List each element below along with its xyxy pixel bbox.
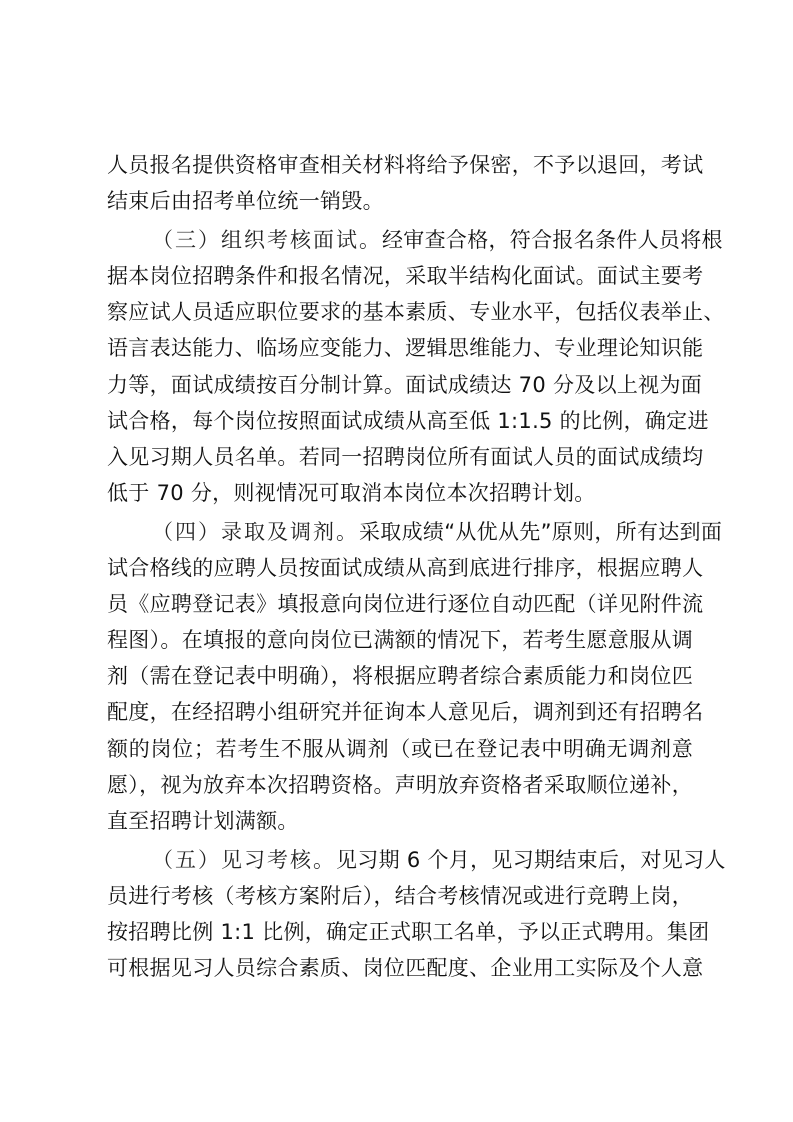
text-line: 程图）。在填报的意向岗位已满额的情况下，若考生愿意服从调 bbox=[107, 622, 693, 658]
section-heading: （四）录取及调剂。 bbox=[152, 520, 359, 544]
text-line: 按招聘比例 1:1 比例，确定正式职工名单，予以正式聘用。集团 bbox=[107, 914, 693, 950]
section-heading-line: （三）组织考核面试。经审查合格，符合报名条件人员将根 bbox=[107, 222, 693, 258]
text-line: 员进行考核（考核方案附后），结合考核情况或进行竞聘上岗， bbox=[107, 878, 693, 914]
text-line: 据本岗位招聘条件和报名情况，采取半结构化面试。面试主要考 bbox=[107, 258, 693, 294]
section-heading: （五）见习考核。 bbox=[152, 848, 336, 872]
text-line: 试合格线的应聘人员按面试成绩从高到底进行排序，根据应聘人 bbox=[107, 550, 693, 586]
text-line: 配度，在经招聘小组研究并征询本人意见后，调剂到还有招聘名 bbox=[107, 694, 693, 730]
text-line: 低于 70 分，则视情况可取消本岗位本次招聘计划。 bbox=[107, 475, 693, 511]
text-line: 愿），视为放弃本次招聘资格。声明放弃资格者采取顺位递补， bbox=[107, 767, 693, 803]
text-line: 语言表达能力、临场应变能力、逻辑思维能力、专业理论知识能 bbox=[107, 330, 693, 366]
text-span: 采取成绩“从优从先”原则，所有达到面 bbox=[359, 520, 722, 544]
text-line: 试合格，每个岗位按照面试成绩从高至低 1:1.5 的比例，确定进 bbox=[107, 403, 693, 439]
text-line: 力等，面试成绩按百分制计算。面试成绩达 70 分及以上视为面 bbox=[107, 367, 693, 403]
section-heading-line: （五）见习考核。见习期 6 个月，见习期结束后，对见习人 bbox=[107, 842, 693, 878]
text-line: 员《应聘登记表》填报意向岗位进行逐位自动匹配（详见附件流 bbox=[107, 586, 693, 622]
text-line: 剂（需在登记表中明确），将根据应聘者综合素质能力和岗位匹 bbox=[107, 658, 693, 694]
section-heading: （三）组织考核面试。 bbox=[152, 228, 382, 252]
text-line: 察应试人员适应职位要求的基本素质、专业水平，包括仪表举止、 bbox=[107, 294, 693, 330]
text-line: 可根据见习人员综合素质、岗位匹配度、企业用工实际及个人意 bbox=[107, 950, 693, 986]
text-line: 额的岗位；若考生不服从调剂（或已在登记表中明确无调剂意 bbox=[107, 731, 693, 767]
section-heading-line: （四）录取及调剂。采取成绩“从优从先”原则，所有达到面 bbox=[107, 514, 693, 550]
text-span: 见习期 6 个月，见习期结束后，对见习人 bbox=[336, 848, 726, 872]
text-line: 入见习期人员名单。若同一招聘岗位所有面试人员的面试成绩均 bbox=[107, 439, 693, 475]
text-line: 人员报名提供资格审查相关材料将给予保密，不予以退回，考试 bbox=[107, 147, 693, 183]
text-span: 经审查合格，符合报名条件人员将根 bbox=[382, 228, 723, 252]
text-line: 直至招聘计划满额。 bbox=[107, 803, 693, 839]
document-page: 人员报名提供资格审查相关材料将给予保密，不予以退回，考试 结束后由招考单位统一销… bbox=[107, 147, 693, 986]
text-line: 结束后由招考单位统一销毁。 bbox=[107, 183, 693, 219]
